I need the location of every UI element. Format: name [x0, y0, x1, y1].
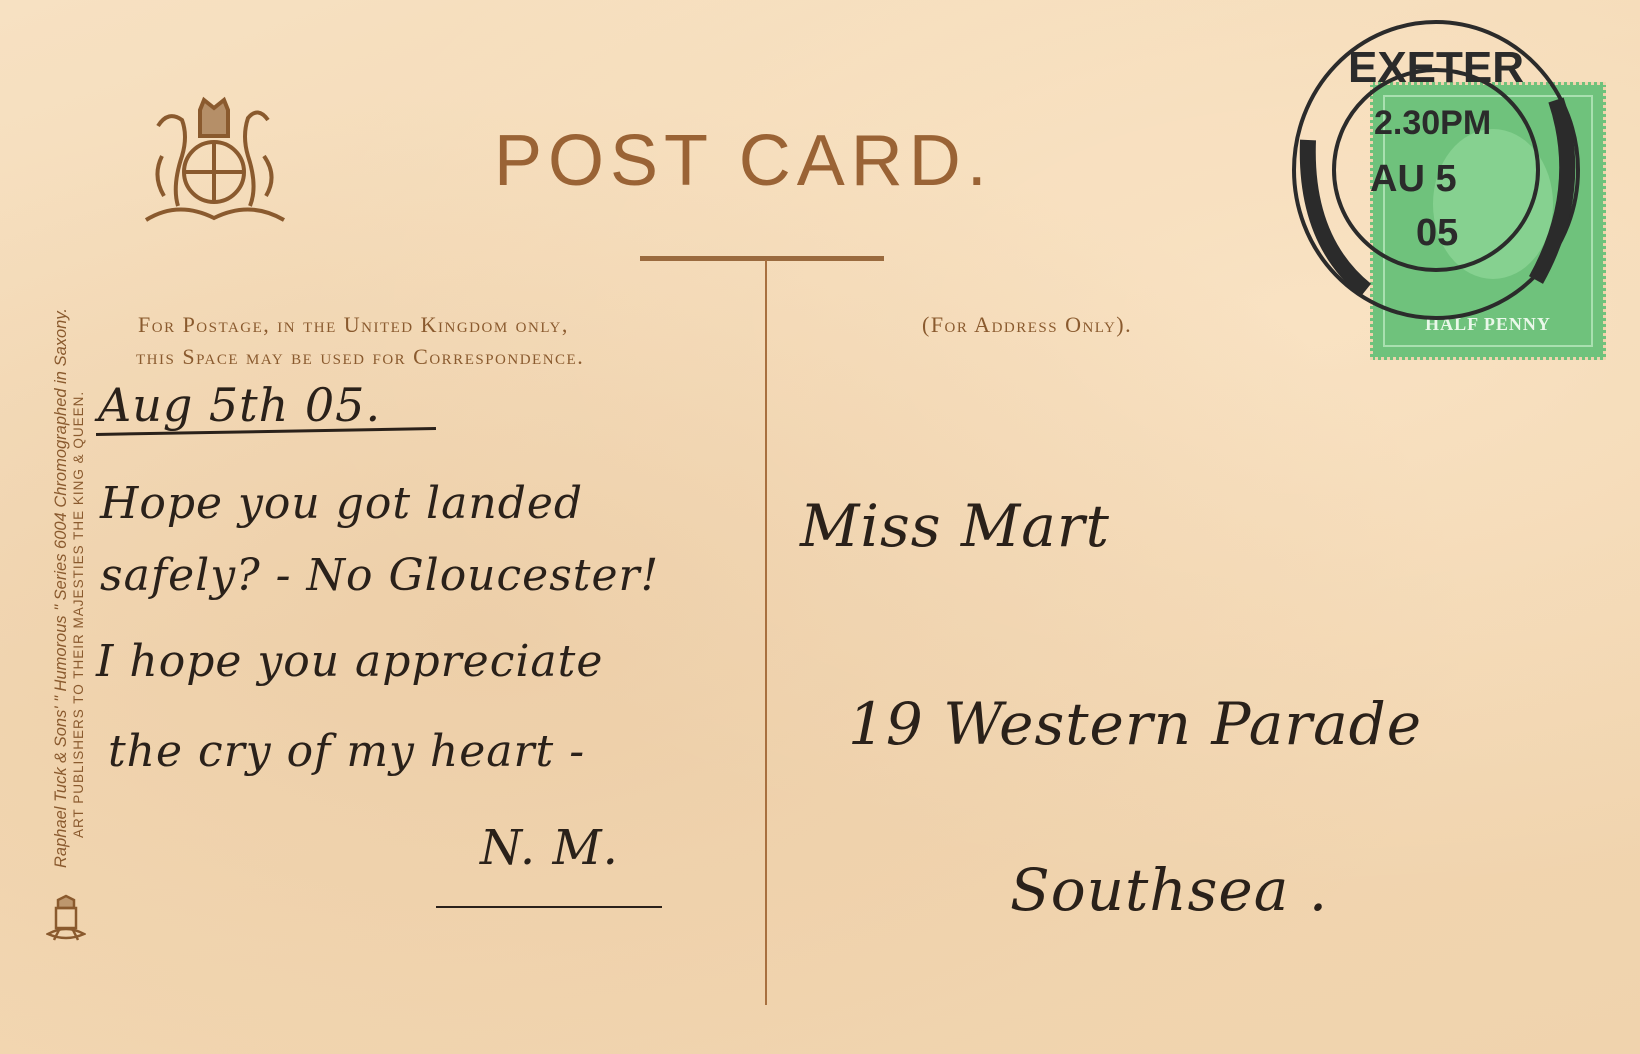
- postmark-town: EXETER: [1348, 43, 1524, 92]
- postmark-time: 2.30PM: [1374, 104, 1491, 143]
- publisher-line2: ART PUBLISHERS TO THEIR MAJESTIES THE KI…: [71, 308, 86, 838]
- signature-underline: [436, 906, 662, 908]
- message-line: safely? - No Gloucester!: [100, 550, 659, 601]
- publisher-line1: Raphael Tuck & Sons' " Humorous " Series…: [52, 308, 71, 868]
- postcard-back: POST CARD. For Postage, in the United Ki…: [0, 0, 1640, 1054]
- address-line-town: Southsea .: [1010, 856, 1328, 924]
- message-line: the cry of my heart -: [108, 726, 585, 777]
- message-date: Aug 5th 05.: [98, 378, 381, 432]
- divider-horizontal: [640, 256, 884, 261]
- publisher-imprint: Raphael Tuck & Sons' " Humorous " Series…: [52, 308, 86, 868]
- postmark-date: AU 5: [1370, 158, 1457, 201]
- message-line: Hope you got landed: [100, 478, 583, 529]
- message-signature: N. M.: [480, 820, 619, 876]
- address-line-recipient: Miss Mart: [800, 492, 1110, 560]
- correspondence-instructions-line1: For Postage, in the United Kingdom only,: [138, 312, 569, 338]
- royal-coat-of-arms-icon: [138, 96, 290, 236]
- message-line: I hope you appreciate: [96, 636, 603, 687]
- postmark-year: 05: [1416, 212, 1458, 255]
- address-only-label: (For Address Only).: [922, 312, 1132, 338]
- divider-vertical: [765, 260, 767, 1005]
- postcard-title: POST CARD.: [494, 120, 993, 202]
- easel-palette-icon: [46, 894, 86, 942]
- address-line-street: 19 Western Parade: [848, 690, 1422, 758]
- correspondence-instructions-line2: this Space may be used for Correspondenc…: [136, 344, 584, 370]
